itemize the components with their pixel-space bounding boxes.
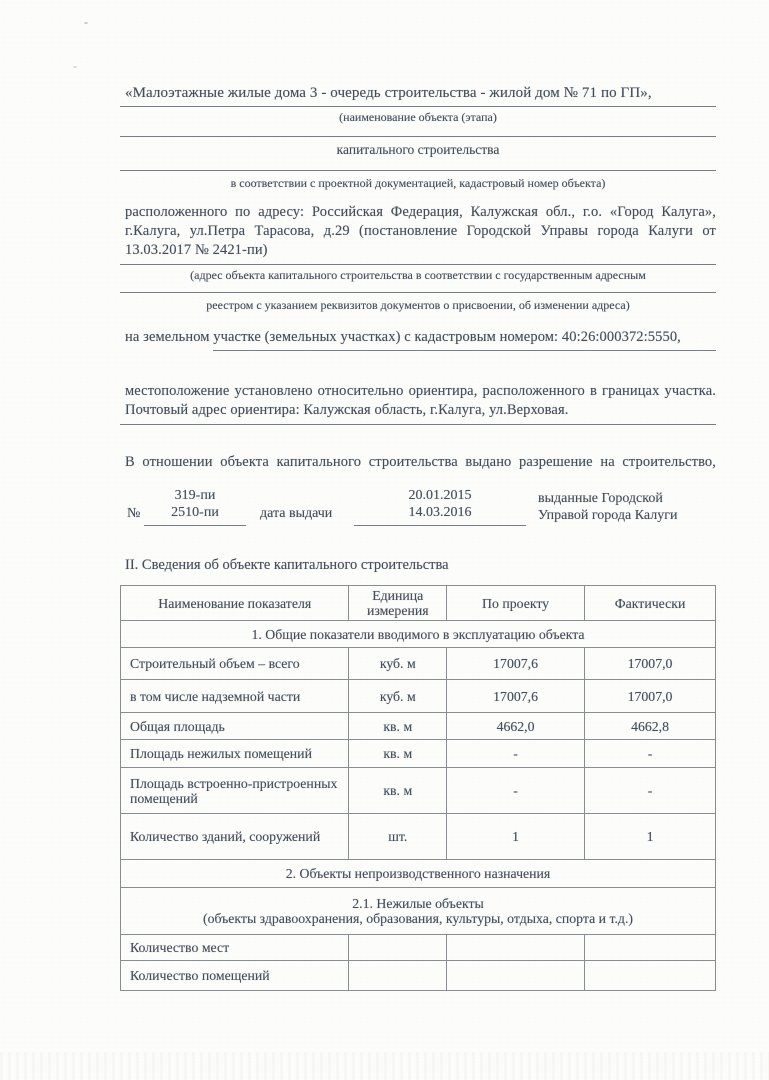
- table-row: в том числе надземной частикуб. м17007,6…: [121, 680, 716, 713]
- caption-address-1: (адрес объекта капитального строительств…: [120, 268, 716, 283]
- cell-unit: куб. м: [349, 680, 447, 713]
- column-header: Единица измерения: [349, 586, 447, 621]
- table-row: Строительный объем – всегокуб. м17007,61…: [121, 648, 716, 680]
- cell-name: Площадь встроенно-пристроенных помещений: [121, 768, 349, 814]
- table-row: Количество мест: [121, 935, 716, 961]
- cell-actual: -: [585, 740, 716, 768]
- document-content: «Малоэтажные жилые дома 3 - очередь стро…: [120, 84, 716, 991]
- cell-actual: -: [585, 768, 716, 814]
- permit-number-values: 319-пи 2510-пи: [144, 487, 246, 526]
- cell-actual: 17007,0: [585, 648, 716, 680]
- section-row: 1. Общие показатели вводимого в эксплуат…: [121, 621, 716, 648]
- permit-issuer-2: Управой города Калуги: [538, 507, 677, 524]
- scan-speck: [73, 66, 77, 68]
- section-ii-title: II. Сведения об объекте капитального стр…: [120, 557, 716, 574]
- blank-line: [120, 292, 716, 293]
- cell-actual: 4662,8: [585, 713, 716, 740]
- permit-number-1: 319-пи: [144, 487, 246, 504]
- cell-project: [447, 961, 585, 991]
- scan-noise-band: [0, 1052, 769, 1080]
- table-row: Общая площадькв. м4662,04662,8: [121, 713, 716, 740]
- permit-date-2: 14.03.2016: [354, 504, 526, 521]
- column-header: По проекту: [447, 586, 585, 621]
- parcel-line: на земельном участке (земельных участках…: [120, 328, 716, 351]
- scanned-document-page: «Малоэтажные жилые дома 3 - очередь стро…: [0, 0, 769, 1080]
- cell-unit: кв. м: [349, 768, 447, 814]
- column-header: Фактически: [585, 586, 716, 621]
- parcel-cadastral-number: участке (земельных участках) с кадастров…: [213, 328, 716, 351]
- cell-name: Количество помещений: [121, 961, 349, 991]
- cell-name: Количество зданий, сооружений: [121, 814, 349, 860]
- table-body: 1. Общие показатели вводимого в эксплуат…: [121, 621, 716, 991]
- permit-number-2: 2510-пи: [144, 504, 246, 521]
- table-row: Количество помещений: [121, 961, 716, 991]
- section-row: 2.1. Нежилые объекты(объекты здравоохран…: [121, 888, 716, 935]
- cell-name: Строительный объем – всего: [121, 648, 349, 680]
- cell-unit: куб. м: [349, 648, 447, 680]
- cell-unit: [349, 961, 447, 991]
- section-row: 2. Объекты непроизводственного назначени…: [121, 860, 716, 888]
- permit-issuer: выданные Городской Управой города Калуги: [538, 490, 677, 526]
- column-header: Наименование показателя: [121, 586, 349, 621]
- cell-unit: шт.: [349, 814, 447, 860]
- cell-project: -: [447, 768, 585, 814]
- cell-name: Количество мест: [121, 935, 349, 961]
- cell-unit: [349, 935, 447, 961]
- scan-speck: [84, 22, 88, 24]
- permit-issuer-1: выданные Городской: [538, 490, 677, 507]
- section-label: 1. Общие показатели вводимого в эксплуат…: [127, 627, 709, 642]
- permit-details-row: № 319-пи 2510-пи дата выдачи 20.01.2015 …: [120, 487, 716, 526]
- table-row: Количество зданий, сооруженийшт.11: [121, 814, 716, 860]
- permit-intro-line: В отношении объекта капитального строите…: [120, 453, 716, 472]
- permit-date-1: 20.01.2015: [354, 487, 526, 504]
- table-row: Площадь встроенно-пристроенных помещений…: [121, 768, 716, 814]
- blank-line: [120, 136, 716, 137]
- parcel-prefix: на земельном: [125, 328, 213, 351]
- cell-actual: [585, 961, 716, 991]
- table-header-row: Наименование показателяЕдиница измерения…: [121, 586, 716, 621]
- cell-name: в том числе надземной части: [121, 680, 349, 713]
- cell-actual: 17007,0: [585, 680, 716, 713]
- blank-line: [120, 170, 716, 171]
- section-label: 2. Объекты непроизводственного назначени…: [127, 866, 709, 881]
- cell-project: 4662,0: [447, 713, 585, 740]
- section-label: 2.1. Нежилые объекты: [127, 896, 709, 911]
- capital-construction-line: капитального строительства: [120, 141, 716, 158]
- cell-project: 17007,6: [447, 648, 585, 680]
- object-name-line: «Малоэтажные жилые дома 3 - очередь стро…: [120, 84, 716, 107]
- object-info-table: Наименование показателяЕдиница измерения…: [120, 585, 716, 991]
- section-sublabel: (объекты здравоохранения, образования, к…: [127, 911, 709, 926]
- cell-actual: 1: [585, 814, 716, 860]
- location-paragraph: местоположение установлено относительно …: [120, 382, 716, 425]
- table-row: Площадь нежилых помещенийкв. м--: [121, 740, 716, 768]
- address-paragraph: расположенного по адресу: Российская Фед…: [120, 203, 716, 265]
- cell-project: [447, 935, 585, 961]
- caption-address-2: реестром с указанием реквизитов документ…: [120, 298, 716, 313]
- cell-name: Площадь нежилых помещений: [121, 740, 349, 768]
- cell-project: 17007,6: [447, 680, 585, 713]
- cell-name: Общая площадь: [121, 713, 349, 740]
- cell-actual: [585, 935, 716, 961]
- caption-accordance: в соответствии с проектной документацией…: [120, 176, 716, 191]
- caption-object-name: (наименование объекта (этапа): [120, 110, 716, 125]
- cell-unit: кв. м: [349, 740, 447, 768]
- cell-project: -: [447, 740, 585, 768]
- permit-number-sign: №: [120, 505, 144, 526]
- permit-date-label: дата выдачи: [254, 505, 354, 526]
- cell-project: 1: [447, 814, 585, 860]
- permit-date-values: 20.01.2015 14.03.2016: [354, 487, 526, 526]
- cell-unit: кв. м: [349, 713, 447, 740]
